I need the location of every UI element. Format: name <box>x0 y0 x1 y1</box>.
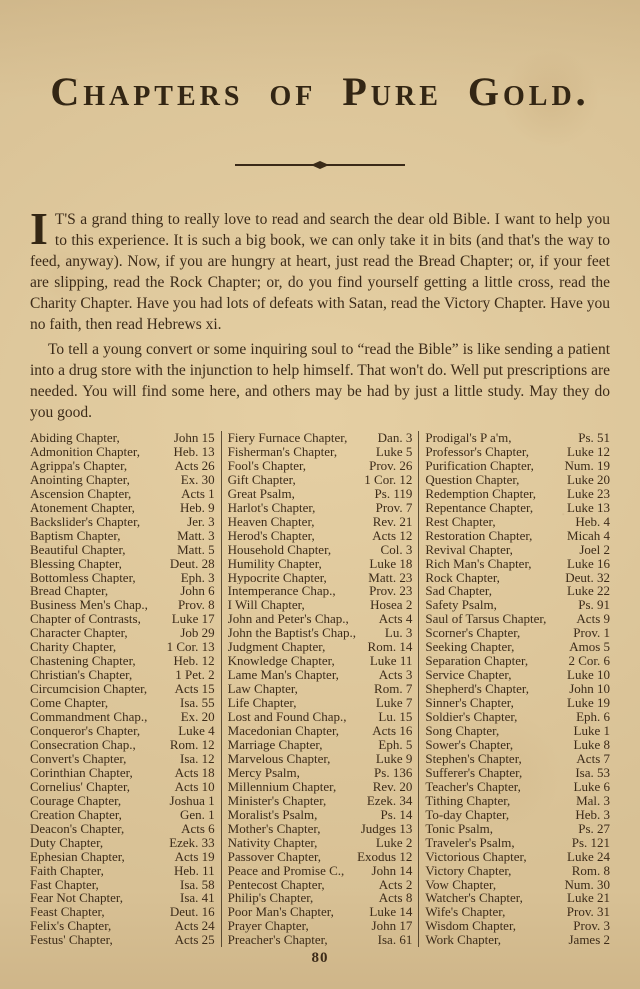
chapter-name: Tithing Chapter, <box>425 794 510 808</box>
list-item: Marriage Chapter,Eph. 5 <box>228 738 413 752</box>
chapter-name: Commandment Chap., <box>30 710 147 724</box>
list-item: Business Men's Chap.,Prov. 8 <box>30 598 215 612</box>
chapter-reference: Acts 26 <box>171 459 215 473</box>
chapter-reference: Prov. 7 <box>372 501 413 515</box>
chapter-reference: Joel 2 <box>575 543 610 557</box>
chapter-name: Felix's Chapter, <box>30 919 111 933</box>
chapter-name: Rich Man's Chapter, <box>425 557 531 571</box>
chapter-reference: Isa. 58 <box>176 878 215 892</box>
chapter-reference: Deut. 16 <box>166 905 215 919</box>
chapter-name: Repentance Chapter, <box>425 501 533 515</box>
chapter-reference: Acts 10 <box>171 780 215 794</box>
second-paragraph: To tell a young convert or some inquirin… <box>30 339 610 423</box>
chapter-reference: Luke 13 <box>563 501 610 515</box>
chapter-reference: Acts 19 <box>171 850 215 864</box>
chapter-reference: John 14 <box>368 864 413 878</box>
chapter-name: Charity Chapter, <box>30 640 116 654</box>
chapter-reference: Acts 2 <box>375 878 413 892</box>
chapter-reference: Matt. 3 <box>173 529 215 543</box>
chapter-name: Ephesian Chapter, <box>30 850 125 864</box>
list-item: Fisherman's Chapter,Luke 5 <box>228 445 413 459</box>
chapter-reference: Num. 30 <box>561 878 611 892</box>
chapter-reference: Acts 18 <box>171 766 215 780</box>
chapter-name: Victory Chapter, <box>425 864 511 878</box>
list-item: Backslider's Chapter,Jer. 3 <box>30 515 215 529</box>
list-item: Household Chapter,Col. 3 <box>228 543 413 557</box>
list-item: Fool's Chapter,Prov. 26 <box>228 459 413 473</box>
list-item: Restoration Chapter,Micah 4 <box>425 529 610 543</box>
list-item: Professor's Chapter,Luke 12 <box>425 445 610 459</box>
chapter-name: Deacon's Chapter, <box>30 822 124 836</box>
chapter-reference: 1 Cor. 13 <box>163 640 215 654</box>
chapter-reference: Isa. 55 <box>176 696 215 710</box>
list-item: Marvelous Chapter,Luke 9 <box>228 752 413 766</box>
list-item: Admonition Chapter,Heb. 13 <box>30 445 215 459</box>
chapter-reference: Jer. 3 <box>183 515 214 529</box>
chapter-name: Poor Man's Chapter, <box>228 905 334 919</box>
list-item: Tithing Chapter,Mal. 3 <box>425 794 610 808</box>
chapter-reference: Rev. 20 <box>369 780 413 794</box>
list-item: Great Psalm,Ps. 119 <box>228 487 413 501</box>
chapter-name: Tonic Psalm, <box>425 822 493 836</box>
chapter-reference: Eph. 6 <box>572 710 610 724</box>
list-item: Mother's Chapter,Judges 13 <box>228 822 413 836</box>
chapter-name: Marriage Chapter, <box>228 738 323 752</box>
chapter-name: Peace and Promise C., <box>228 864 345 878</box>
chapter-reference: Rom. 7 <box>370 682 412 696</box>
chapter-name: Stephen's Chapter, <box>425 752 521 766</box>
chapter-reference: Prov. 8 <box>174 598 215 612</box>
chapter-reference: Ps. 136 <box>370 766 412 780</box>
chapter-reference: Rom. 8 <box>568 864 610 878</box>
list-item: Festus' Chapter,Acts 25 <box>30 933 215 947</box>
list-item: Wisdom Chapter,Prov. 3 <box>425 919 610 933</box>
chapter-name: Fisherman's Chapter, <box>228 445 337 459</box>
chapter-reference: Ex. 30 <box>177 473 215 487</box>
list-item: Gift Chapter,1 Cor. 12 <box>228 473 413 487</box>
chapter-name: Mercy Psalm, <box>228 766 300 780</box>
list-item: Hypocrite Chapter,Matt. 23 <box>228 571 413 585</box>
chapter-name: Shepherd's Chapter, <box>425 682 529 696</box>
chapter-reference: Lu. 15 <box>374 710 412 724</box>
list-item: Stephen's Chapter,Acts 7 <box>425 752 610 766</box>
chapter-name: Service Chapter, <box>425 668 511 682</box>
list-item: Deacon's Chapter,Acts 6 <box>30 822 215 836</box>
list-item: Creation Chapter,Gen. 1 <box>30 808 215 822</box>
list-item: Prodigal's P a'm,Ps. 51 <box>425 431 610 445</box>
chapter-name: Philip's Chapter, <box>228 891 314 905</box>
list-item: I Will Chapter,Hosea 2 <box>228 598 413 612</box>
chapter-name: Traveler's Psalm, <box>425 836 514 850</box>
chapter-reference: John 6 <box>176 584 214 598</box>
chapter-reference: Luke 18 <box>365 557 412 571</box>
chapter-reference: Luke 8 <box>570 738 610 752</box>
chapter-name: Knowledge Chapter, <box>228 654 335 668</box>
chapter-reference: Luke 5 <box>372 445 412 459</box>
chapter-name: Saul of Tarsus Chapter, <box>425 612 546 626</box>
chapter-name: Character Chapter, <box>30 626 128 640</box>
chapter-reference: Acts 12 <box>368 529 412 543</box>
list-item: Separation Chapter,2 Cor. 6 <box>425 654 610 668</box>
chapter-column-1: Abiding Chapter,John 15Admonition Chapte… <box>30 431 215 947</box>
list-item: Work Chapter,James 2 <box>425 933 610 947</box>
list-item: Circumcision Chapter,Acts 15 <box>30 682 215 696</box>
chapter-name: Wife's Chapter, <box>425 905 505 919</box>
list-item: Poor Man's Chapter,Luke 14 <box>228 905 413 919</box>
chapter-reference: Acts 4 <box>375 612 413 626</box>
chapter-name: Victorious Chapter, <box>425 850 526 864</box>
list-item: Knowledge Chapter,Luke 11 <box>228 654 413 668</box>
chapter-reference: Rom. 12 <box>166 738 215 752</box>
page-title: Chapters of Pure Gold. <box>30 68 610 115</box>
list-item: Charity Chapter,1 Cor. 13 <box>30 640 215 654</box>
list-item: Rich Man's Chapter,Luke 16 <box>425 557 610 571</box>
chapter-name: Mother's Chapter, <box>228 822 321 836</box>
chapter-name: Corinthian Chapter, <box>30 766 133 780</box>
list-item: Faith Chapter,Heb. 11 <box>30 864 215 878</box>
list-item: Ephesian Chapter,Acts 19 <box>30 850 215 864</box>
chapter-column-2: Fiery Furnace Chapter,Dan. 3Fisherman's … <box>221 431 413 947</box>
chapter-name: Sower's Chapter, <box>425 738 513 752</box>
list-item: Preacher's Chapter,Isa. 61 <box>228 933 413 947</box>
list-item: Chastening Chapter,Heb. 12 <box>30 654 215 668</box>
list-item: Rock Chapter,Deut. 32 <box>425 571 610 585</box>
chapter-reference: Luke 7 <box>372 696 412 710</box>
chapter-reference: Acts 15 <box>171 682 215 696</box>
divider-line <box>235 164 314 166</box>
chapter-name: Professor's Chapter, <box>425 445 529 459</box>
chapter-reference: Heb. 9 <box>176 501 215 515</box>
chapter-reference: Hosea 2 <box>366 598 412 612</box>
chapter-reference: John 15 <box>170 431 215 445</box>
chapter-reference: Micah 4 <box>563 529 610 543</box>
list-item: Teacher's Chapter,Luke 6 <box>425 780 610 794</box>
chapter-name: Fool's Chapter, <box>228 459 306 473</box>
chapter-name: Cornelius' Chapter, <box>30 780 130 794</box>
intro-paragraph: IT'S a grand thing to really love to rea… <box>30 209 610 335</box>
list-item: Sinner's Chapter,Luke 19 <box>425 696 610 710</box>
list-item: Ascension Chapter,Acts 1 <box>30 487 215 501</box>
chapter-reference: Luke 4 <box>174 724 214 738</box>
list-item: Harlot's Chapter,Prov. 7 <box>228 501 413 515</box>
list-item: Shepherd's Chapter,John 10 <box>425 682 610 696</box>
chapter-name: John the Baptist's Chap., <box>228 626 356 640</box>
chapter-reference: Ezek. 34 <box>363 794 412 808</box>
chapter-reference: Acts 7 <box>572 752 610 766</box>
chapter-name: Marvelous Chapter, <box>228 752 331 766</box>
chapter-name: Sinner's Chapter, <box>425 696 513 710</box>
list-item: Judgment Chapter,Rom. 14 <box>228 640 413 654</box>
chapter-name: Come Chapter, <box>30 696 108 710</box>
list-item: Peace and Promise C.,John 14 <box>228 864 413 878</box>
chapter-name: Bottomless Chapter, <box>30 571 136 585</box>
intro-paragraph-text: T'S a grand thing to really love to read… <box>30 211 610 333</box>
list-item: Life Chapter,Luke 7 <box>228 696 413 710</box>
list-item: Abiding Chapter,John 15 <box>30 431 215 445</box>
chapter-list: Abiding Chapter,John 15Admonition Chapte… <box>30 431 610 947</box>
list-item: Song Chapter,Luke 1 <box>425 724 610 738</box>
list-item: Herod's Chapter,Acts 12 <box>228 529 413 543</box>
list-item: Conqueror's Chapter,Luke 4 <box>30 724 215 738</box>
chapter-name: Sufferer's Chapter, <box>425 766 522 780</box>
chapter-name: Gift Chapter, <box>228 473 296 487</box>
chapter-reference: Luke 11 <box>366 654 412 668</box>
chapter-reference: Joshua 1 <box>166 794 215 808</box>
list-item: Redemption Chapter,Luke 23 <box>425 487 610 501</box>
chapter-name: Bread Chapter, <box>30 584 108 598</box>
list-item: Safety Psalm,Ps. 91 <box>425 598 610 612</box>
chapter-name: Watcher's Chapter, <box>425 891 523 905</box>
chapter-reference: Deut. 28 <box>166 557 215 571</box>
chapter-name: Atonement Chapter, <box>30 501 135 515</box>
list-item: Come Chapter,Isa. 55 <box>30 696 215 710</box>
chapter-name: Minister's Chapter, <box>228 794 327 808</box>
list-item: Courage Chapter,Joshua 1 <box>30 794 215 808</box>
chapter-reference: Rom. 14 <box>364 640 413 654</box>
list-item: Baptism Chapter,Matt. 3 <box>30 529 215 543</box>
list-item: Humility Chapter,Luke 18 <box>228 557 413 571</box>
book-page: Chapters of Pure Gold. IT'S a grand thin… <box>0 68 640 967</box>
list-item: Commandment Chap.,Ex. 20 <box>30 710 215 724</box>
list-item: Passover Chapter,Exodus 12 <box>228 850 413 864</box>
chapter-name: Song Chapter, <box>425 724 499 738</box>
chapter-reference: Ps. 27 <box>574 822 610 836</box>
chapter-reference: Luke 6 <box>570 780 610 794</box>
chapter-reference: Luke 10 <box>563 668 610 682</box>
chapter-name: Christian's Chapter, <box>30 668 132 682</box>
chapter-name: Wisdom Chapter, <box>425 919 516 933</box>
list-item: Law Chapter,Rom. 7 <box>228 682 413 696</box>
chapter-name: Blessing Chapter, <box>30 557 122 571</box>
chapter-reference: Acts 9 <box>572 612 610 626</box>
list-item: Victory Chapter,Rom. 8 <box>425 864 610 878</box>
chapter-name: Teacher's Chapter, <box>425 780 520 794</box>
chapter-reference: Heb. 4 <box>571 515 610 529</box>
chapter-reference: Heb. 12 <box>170 654 215 668</box>
list-item: Character Chapter,Job 29 <box>30 626 215 640</box>
chapter-reference: Prov. 31 <box>563 905 610 919</box>
chapter-name: Chastening Chapter, <box>30 654 136 668</box>
chapter-reference: Job 29 <box>176 626 214 640</box>
chapter-name: Rest Chapter, <box>425 515 495 529</box>
chapter-name: Macedonian Chapter, <box>228 724 339 738</box>
list-item: Bread Chapter,John 6 <box>30 584 215 598</box>
divider-line <box>326 164 405 166</box>
list-item: Victorious Chapter,Luke 24 <box>425 850 610 864</box>
chapter-name: Great Psalm, <box>228 487 295 501</box>
list-item: Anointing Chapter,Ex. 30 <box>30 473 215 487</box>
chapter-reference: Heb. 3 <box>571 808 610 822</box>
chapter-name: Heaven Chapter, <box>228 515 315 529</box>
chapter-reference: Deut. 32 <box>561 571 610 585</box>
chapter-reference: Acts 3 <box>375 668 413 682</box>
chapter-name: Pentecost Chapter, <box>228 878 325 892</box>
chapter-name: Convert's Chapter, <box>30 752 126 766</box>
chapter-reference: Luke 9 <box>372 752 412 766</box>
chapter-name: Sad Chapter, <box>425 584 492 598</box>
chapter-name: Moralist's Psalm, <box>228 808 318 822</box>
chapter-name: Passover Chapter, <box>228 850 321 864</box>
page-number: 80 <box>30 950 610 967</box>
chapter-reference: Luke 1 <box>570 724 610 738</box>
list-item: Revival Chapter,Joel 2 <box>425 543 610 557</box>
chapter-name: Business Men's Chap., <box>30 598 148 612</box>
chapter-reference: Luke 20 <box>563 473 610 487</box>
chapter-name: Lame Man's Chapter, <box>228 668 339 682</box>
chapter-reference: Ps. 51 <box>574 431 610 445</box>
list-item: Intemperance Chap.,Prov. 23 <box>228 584 413 598</box>
chapter-name: Consecration Chap., <box>30 738 136 752</box>
chapter-reference: Amos 5 <box>565 640 610 654</box>
chapter-reference: Prov. 26 <box>365 459 412 473</box>
chapter-reference: Rev. 21 <box>369 515 413 529</box>
chapter-reference: Heb. 11 <box>170 864 215 878</box>
list-item: Sad Chapter,Luke 22 <box>425 584 610 598</box>
chapter-name: Soldier's Chapter, <box>425 710 517 724</box>
list-item: Question Chapter,Luke 20 <box>425 473 610 487</box>
list-item: Convert's Chapter,Isa. 12 <box>30 752 215 766</box>
chapter-name: Redemption Chapter, <box>425 487 536 501</box>
list-item: Macedonian Chapter,Acts 16 <box>228 724 413 738</box>
chapter-name: Judgment Chapter, <box>228 640 326 654</box>
chapter-reference: Prov. 1 <box>569 626 610 640</box>
chapter-name: Fiery Furnace Chapter, <box>228 431 348 445</box>
chapter-name: Purification Chapter, <box>425 459 534 473</box>
chapter-name: Beautiful Chapter, <box>30 543 126 557</box>
intro-section: IT'S a grand thing to really love to rea… <box>30 209 610 423</box>
chapter-reference: Acts 25 <box>171 933 215 947</box>
list-item: Fast Chapter,Isa. 58 <box>30 878 215 892</box>
chapter-reference: John 17 <box>368 919 413 933</box>
chapter-name: Harlot's Chapter, <box>228 501 316 515</box>
chapter-reference: Judges 13 <box>357 822 413 836</box>
chapter-reference: Exodus 12 <box>353 850 412 864</box>
chapter-name: To-day Chapter, <box>425 808 509 822</box>
chapter-name: Restoration Chapter, <box>425 529 532 543</box>
list-item: Lost and Found Chap.,Lu. 15 <box>228 710 413 724</box>
list-item: Bottomless Chapter,Eph. 3 <box>30 571 215 585</box>
chapter-name: Nativity Chapter, <box>228 836 318 850</box>
chapter-reference: Isa. 41 <box>176 891 215 905</box>
chapter-name: Safety Psalm, <box>425 598 497 612</box>
list-item: Philip's Chapter,Acts 8 <box>228 891 413 905</box>
chapter-reference: Ezek. 33 <box>165 836 214 850</box>
chapter-reference: Luke 21 <box>563 891 610 905</box>
chapter-name: Life Chapter, <box>228 696 297 710</box>
chapter-reference: Isa. 61 <box>374 933 413 947</box>
list-item: Service Chapter,Luke 10 <box>425 668 610 682</box>
list-item: Repentance Chapter,Luke 13 <box>425 501 610 515</box>
chapter-name: Seeking Chapter, <box>425 640 514 654</box>
chapter-name: Law Chapter, <box>228 682 298 696</box>
chapter-name: Backslider's Chapter, <box>30 515 140 529</box>
chapter-reference: Ps. 14 <box>377 808 413 822</box>
list-item: Fiery Furnace Chapter,Dan. 3 <box>228 431 413 445</box>
chapter-name: Ascension Chapter, <box>30 487 131 501</box>
chapter-reference: Luke 22 <box>563 584 610 598</box>
chapter-name: Admonition Chapter, <box>30 445 140 459</box>
chapter-reference: Matt. 5 <box>173 543 215 557</box>
chapter-reference: James 2 <box>564 933 610 947</box>
title-divider <box>235 161 405 169</box>
chapter-reference: Luke 24 <box>563 850 610 864</box>
chapter-reference: Ps. 121 <box>568 836 610 850</box>
chapter-reference: John 10 <box>565 682 610 696</box>
list-item: Consecration Chap.,Rom. 12 <box>30 738 215 752</box>
chapter-name: Household Chapter, <box>228 543 331 557</box>
list-item: Prayer Chapter,John 17 <box>228 919 413 933</box>
list-item: Sower's Chapter,Luke 8 <box>425 738 610 752</box>
list-item: Purification Chapter,Num. 19 <box>425 459 610 473</box>
chapter-name: Rock Chapter, <box>425 571 500 585</box>
chapter-name: Preacher's Chapter, <box>228 933 328 947</box>
list-item: Lame Man's Chapter,Acts 3 <box>228 668 413 682</box>
chapter-name: Prodigal's P a'm, <box>425 431 511 445</box>
chapter-reference: Eph. 5 <box>374 738 412 752</box>
chapter-name: Abiding Chapter, <box>30 431 120 445</box>
chapter-reference: 2 Cor. 6 <box>564 654 610 668</box>
list-item: To-day Chapter,Heb. 3 <box>425 808 610 822</box>
list-item: Moralist's Psalm,Ps. 14 <box>228 808 413 822</box>
list-item: Sufferer's Chapter,Isa. 53 <box>425 766 610 780</box>
chapter-name: Agrippa's Chapter, <box>30 459 127 473</box>
chapter-name: Millennium Chapter, <box>228 780 337 794</box>
chapter-reference: 1 Pet. 2 <box>171 668 214 682</box>
chapter-reference: Acts 6 <box>177 822 215 836</box>
chapter-name: Fast Chapter, <box>30 878 99 892</box>
chapter-reference: Acts 8 <box>375 891 413 905</box>
chapter-reference: Luke 2 <box>372 836 412 850</box>
list-item: Millennium Chapter,Rev. 20 <box>228 780 413 794</box>
chapter-name: Intemperance Chap., <box>228 584 336 598</box>
chapter-name: Feast Chapter, <box>30 905 105 919</box>
chapter-reference: Prov. 3 <box>569 919 610 933</box>
chapter-reference: Lu. 3 <box>381 626 412 640</box>
chapter-reference: Mal. 3 <box>572 794 610 808</box>
chapter-name: Question Chapter, <box>425 473 519 487</box>
chapter-reference: Acts 16 <box>368 724 412 738</box>
chapter-reference: Matt. 23 <box>364 571 412 585</box>
list-item: Cornelius' Chapter,Acts 10 <box>30 780 215 794</box>
chapter-name: Prayer Chapter, <box>228 919 309 933</box>
list-item: Watcher's Chapter,Luke 21 <box>425 891 610 905</box>
chapter-reference: Num. 19 <box>561 459 611 473</box>
chapter-name: Herod's Chapter, <box>228 529 315 543</box>
list-item: Wife's Chapter,Prov. 31 <box>425 905 610 919</box>
chapter-reference: Isa. 53 <box>571 766 610 780</box>
list-item: Duty Chapter,Ezek. 33 <box>30 836 215 850</box>
chapter-reference: Luke 12 <box>563 445 610 459</box>
list-item: Scorner's Chapter,Prov. 1 <box>425 626 610 640</box>
chapter-reference: Prov. 23 <box>365 584 412 598</box>
chapter-name: Hypocrite Chapter, <box>228 571 327 585</box>
list-item: Agrippa's Chapter,Acts 26 <box>30 459 215 473</box>
chapter-reference: Luke 23 <box>563 487 610 501</box>
list-item: Felix's Chapter,Acts 24 <box>30 919 215 933</box>
list-item: Traveler's Psalm,Ps. 121 <box>425 836 610 850</box>
list-item: Saul of Tarsus Chapter,Acts 9 <box>425 612 610 626</box>
list-item: Fear Not Chapter,Isa. 41 <box>30 891 215 905</box>
list-item: John the Baptist's Chap.,Lu. 3 <box>228 626 413 640</box>
chapter-name: Festus' Chapter, <box>30 933 113 947</box>
list-item: Chapter of Contrasts,Luke 17 <box>30 612 215 626</box>
chapter-name: Creation Chapter, <box>30 808 122 822</box>
chapter-reference: Ex. 20 <box>177 710 215 724</box>
chapter-name: I Will Chapter, <box>228 598 305 612</box>
chapter-name: Faith Chapter, <box>30 864 104 878</box>
drop-cap: I <box>30 209 55 247</box>
chapter-name: Conqueror's Chapter, <box>30 724 140 738</box>
